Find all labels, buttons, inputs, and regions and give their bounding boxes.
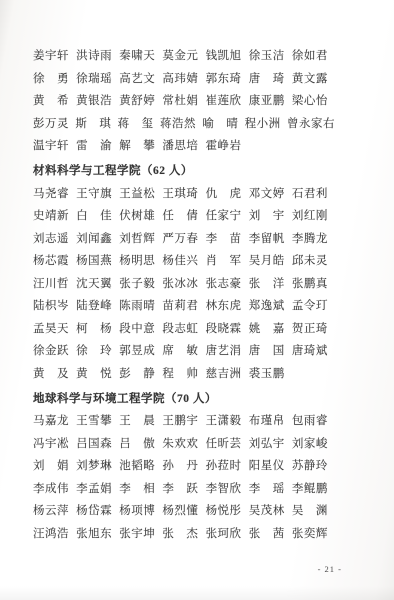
name-cell: 任家宁	[206, 207, 249, 223]
name-cell: 蒋浩然	[160, 115, 202, 131]
name-cell: 斯 琪	[75, 115, 117, 131]
name-cell: 布瑾帛	[249, 412, 292, 428]
name-cell: 王潇毅	[206, 412, 249, 428]
name-cell: 苏静玲	[292, 457, 335, 473]
name-cell: 李 跃	[162, 480, 205, 496]
name-cell: 马嘉龙	[33, 412, 76, 428]
name-cell: 曾永家右	[287, 115, 335, 131]
name-cell: 吴月皓	[249, 252, 292, 268]
name-cell: 张 茜	[249, 525, 292, 541]
name-cell: 刘 宇	[249, 207, 292, 223]
name-cell: 张鹏真	[292, 275, 335, 291]
name-cell: 李 瑶	[249, 480, 292, 496]
section-header: 材料科学与工程学院（62 人）	[33, 159, 335, 182]
name-cell: 陈雨晴	[119, 297, 162, 313]
name-cell: 刘闻鑫	[76, 230, 119, 246]
name-cell: 刘哲辉	[119, 230, 162, 246]
name-row: 黄 希黄银浩黄舒婷常杜娟崔莲欣康亚鹏梁心怡	[33, 89, 335, 112]
name-cell: 吴 渊	[292, 502, 335, 518]
name-cell: 秦啸天	[119, 47, 162, 63]
name-roster: 姜宇轩洪诗雨秦啸天莫金元钱凯旭徐玉洁徐如君徐 勇徐瑞瑶高艺文高玮婧郭东琦唐 琦黄…	[33, 44, 335, 544]
name-cell: 李智欣	[206, 480, 249, 496]
name-cell: 喻 晴	[202, 115, 244, 131]
name-row: 杨芯霞杨国燕杨明思杨佳兴肖 军吴月皓邱未灵	[33, 249, 335, 272]
name-cell: 刘弘宇	[249, 435, 292, 451]
name-cell: 刘梦琳	[76, 457, 119, 473]
name-cell: 徐 玲	[76, 342, 119, 358]
name-row: 姜宇轩洪诗雨秦啸天莫金元钱凯旭徐玉洁徐如君	[33, 44, 335, 67]
name-cell: 吕国森	[76, 435, 119, 451]
name-cell: 杨项博	[119, 502, 162, 518]
name-cell: 黄 及	[33, 365, 76, 381]
name-cell: 郑逸斌	[249, 297, 292, 313]
page-number: - 21 -	[318, 564, 342, 574]
name-cell: 柯 杨	[76, 320, 119, 336]
name-row: 黄 及黄 悦彭 静程 帅慈吉洲裘玉鹏	[33, 362, 335, 385]
name-row: 杨云萍杨岱霖杨项博杨烈懂杨悦彤吴茂林吴 渊	[33, 499, 335, 522]
name-cell: 林东虎	[206, 297, 249, 313]
name-cell: 徐 勇	[33, 70, 76, 86]
name-cell: 程小洲	[245, 115, 287, 131]
name-cell: 贺正琦	[292, 320, 335, 336]
name-cell: 姜宇轩	[33, 47, 76, 63]
name-cell: 池韬略	[119, 457, 162, 473]
name-cell: 郭昱成	[119, 342, 162, 358]
name-cell: 苗莉君	[162, 297, 205, 313]
name-row: 陆枳岑陆登峰陈雨晴苗莉君林东虎郑逸斌孟令玎	[33, 294, 335, 317]
name-cell: 郭东琦	[206, 70, 249, 86]
name-cell: 刘志遥	[33, 230, 76, 246]
name-cell: 刘红刚	[292, 207, 335, 223]
name-row: 温宇轩雷 渝解 攀潘思培霍峥岩	[33, 134, 335, 157]
name-cell: 杨烈懂	[162, 502, 205, 518]
name-row: 李成伟李孟娟李 相李 跃李智欣李 瑶李鲲鹏	[33, 477, 335, 500]
name-row: 孟昊天柯 杨段中意段志虹段晓霖姚 嘉贺正琦	[33, 317, 335, 340]
name-cell: 严万春	[162, 230, 205, 246]
name-cell: 杨云萍	[33, 502, 76, 518]
name-row: 冯宇凇吕国森吕 傲朱欢欢任昕芸刘弘宇刘家峻	[33, 432, 335, 455]
name-cell: 杨佳兴	[162, 252, 205, 268]
name-cell: 张冰冰	[162, 275, 205, 291]
name-cell: 杨国燕	[76, 252, 119, 268]
name-cell: 张珂欣	[206, 525, 249, 541]
name-row: 马尧睿王守旗王益松王琪琦仇 虎邓文婷石君利	[33, 182, 335, 205]
name-cell: 裘玉鹏	[249, 365, 292, 381]
name-cell: 黄舒婷	[119, 92, 162, 108]
name-cell: 钱凯旭	[206, 47, 249, 63]
name-cell: 唐琦斌	[292, 342, 335, 358]
name-cell: 吕 傲	[119, 435, 162, 451]
name-cell: 汪川哲	[33, 275, 76, 291]
name-row: 徐 勇徐瑞瑶高艺文高玮婧郭东琦唐 琦黄文露	[33, 67, 335, 90]
name-cell: 慈吉洲	[206, 365, 249, 381]
name-cell: 吴茂林	[249, 502, 292, 518]
name-cell: 黄 悦	[76, 365, 119, 381]
document-page: 姜宇轩洪诗雨秦啸天莫金元钱凯旭徐玉洁徐如君徐 勇徐瑞瑶高艺文高玮婧郭东琦唐 琦黄…	[0, 0, 394, 600]
name-cell: 伏树雄	[119, 207, 162, 223]
name-cell: 孟令玎	[292, 297, 335, 313]
name-cell: 唐 琦	[249, 70, 292, 86]
name-cell: 洪诗雨	[76, 47, 119, 63]
name-cell: 温宇轩	[33, 137, 76, 153]
name-row: 史靖新白 佳伏树雄任 倩任家宁刘 宇刘红刚	[33, 204, 335, 227]
name-cell: 彭万灵	[33, 115, 75, 131]
name-cell: 刘家峻	[292, 435, 335, 451]
name-cell: 黄银浩	[76, 92, 119, 108]
name-cell: 孙 丹	[162, 457, 205, 473]
name-row: 彭万灵斯 琪蒋 玺蒋浩然喻 晴程小洲曾永家右	[33, 112, 335, 135]
name-cell: 李腾龙	[292, 230, 335, 246]
name-cell: 陆枳岑	[33, 297, 76, 313]
name-cell: 黄 希	[33, 92, 76, 108]
name-row: 刘 娟刘梦琳池韬略孙 丹孙菈时阳星仪苏静玲	[33, 454, 335, 477]
name-cell: 任昕芸	[206, 435, 249, 451]
name-cell: 李 相	[119, 480, 162, 496]
name-cell: 常杜娟	[162, 92, 205, 108]
name-cell: 王鹏宇	[162, 412, 205, 428]
section-header: 地球科学与环境工程学院（70 人）	[33, 386, 335, 409]
name-row: 刘志遥刘闻鑫刘哲辉严万春李 苗李留帆李腾龙	[33, 227, 335, 250]
name-cell: 冯宇凇	[33, 435, 76, 451]
name-cell: 阳星仪	[249, 457, 292, 473]
name-cell: 徐如君	[292, 47, 335, 63]
name-cell: 杨岱霖	[76, 502, 119, 518]
name-cell: 段志虹	[162, 320, 205, 336]
name-cell: 梁心怡	[292, 92, 335, 108]
name-cell: 张子毅	[119, 275, 162, 291]
name-cell: 徐金跃	[33, 342, 76, 358]
name-cell: 蒋 玺	[118, 115, 160, 131]
name-row: 汪川哲沈天翼张子毅张冰冰张志豪张 洋张鹏真	[33, 272, 335, 295]
name-cell: 邓文婷	[249, 185, 292, 201]
name-row: 徐金跃徐 玲郭昱成席 敏唐艺涓唐 国唐琦斌	[33, 339, 335, 362]
name-cell: 唐艺涓	[206, 342, 249, 358]
name-cell: 杨明思	[119, 252, 162, 268]
name-cell: 高玮婧	[162, 70, 205, 86]
name-cell: 张 洋	[249, 275, 292, 291]
name-cell: 唐 国	[249, 342, 292, 358]
name-cell: 任 倩	[162, 207, 205, 223]
name-cell: 肖 军	[206, 252, 249, 268]
name-cell: 白 佳	[76, 207, 119, 223]
name-cell: 王守旗	[76, 185, 119, 201]
name-cell: 莫金元	[162, 47, 205, 63]
name-cell: 王 晨	[119, 412, 162, 428]
name-cell: 康亚鹏	[249, 92, 292, 108]
name-cell: 席 敏	[162, 342, 205, 358]
name-cell: 徐瑞瑶	[76, 70, 119, 86]
name-cell: 汪鸿浩	[33, 525, 76, 541]
name-cell: 潘思培	[162, 137, 205, 153]
name-cell: 张宇坤	[119, 525, 162, 541]
name-cell: 崔莲欣	[206, 92, 249, 108]
name-cell: 杨悦彤	[206, 502, 249, 518]
name-cell: 王雪攀	[76, 412, 119, 428]
name-cell: 李留帆	[249, 230, 292, 246]
name-cell: 张志豪	[206, 275, 249, 291]
name-cell: 彭 静	[119, 365, 162, 381]
name-cell: 石君利	[292, 185, 335, 201]
name-cell: 陆登峰	[76, 297, 119, 313]
name-cell: 史靖新	[33, 207, 76, 223]
name-cell: 王益松	[119, 185, 162, 201]
name-cell: 邱未灵	[292, 252, 335, 268]
name-cell: 李 苗	[206, 230, 249, 246]
name-cell: 王琪琦	[162, 185, 205, 201]
name-cell: 黄文露	[292, 70, 335, 86]
name-cell: 程 帅	[162, 365, 205, 381]
name-cell: 张 杰	[162, 525, 205, 541]
name-cell: 霍峥岩	[206, 137, 249, 153]
name-cell: 段晓霖	[206, 320, 249, 336]
name-cell: 张奕辉	[292, 525, 335, 541]
name-cell: 朱欢欢	[162, 435, 205, 451]
name-cell: 高艺文	[119, 70, 162, 86]
name-cell: 李鲲鹏	[292, 480, 335, 496]
name-cell: 张旭东	[76, 525, 119, 541]
name-cell: 李成伟	[33, 480, 76, 496]
name-row: 汪鸿浩张旭东张宇坤张 杰张珂欣张 茜张奕辉	[33, 522, 335, 545]
name-cell: 解 攀	[119, 137, 162, 153]
name-cell: 李孟娟	[76, 480, 119, 496]
name-cell: 马尧睿	[33, 185, 76, 201]
name-cell: 刘 娟	[33, 457, 76, 473]
name-cell: 包雨睿	[292, 412, 335, 428]
name-cell: 雷 渝	[76, 137, 119, 153]
name-cell: 孟昊天	[33, 320, 76, 336]
name-cell: 徐玉洁	[249, 47, 292, 63]
name-cell: 仇 虎	[206, 185, 249, 201]
name-row: 马嘉龙王雪攀王 晨王鹏宇王潇毅布瑾帛包雨睿	[33, 409, 335, 432]
name-cell: 姚 嘉	[249, 320, 292, 336]
name-cell: 沈天翼	[76, 275, 119, 291]
name-cell: 孙菈时	[206, 457, 249, 473]
name-cell: 段中意	[119, 320, 162, 336]
name-cell: 杨芯霞	[33, 252, 76, 268]
